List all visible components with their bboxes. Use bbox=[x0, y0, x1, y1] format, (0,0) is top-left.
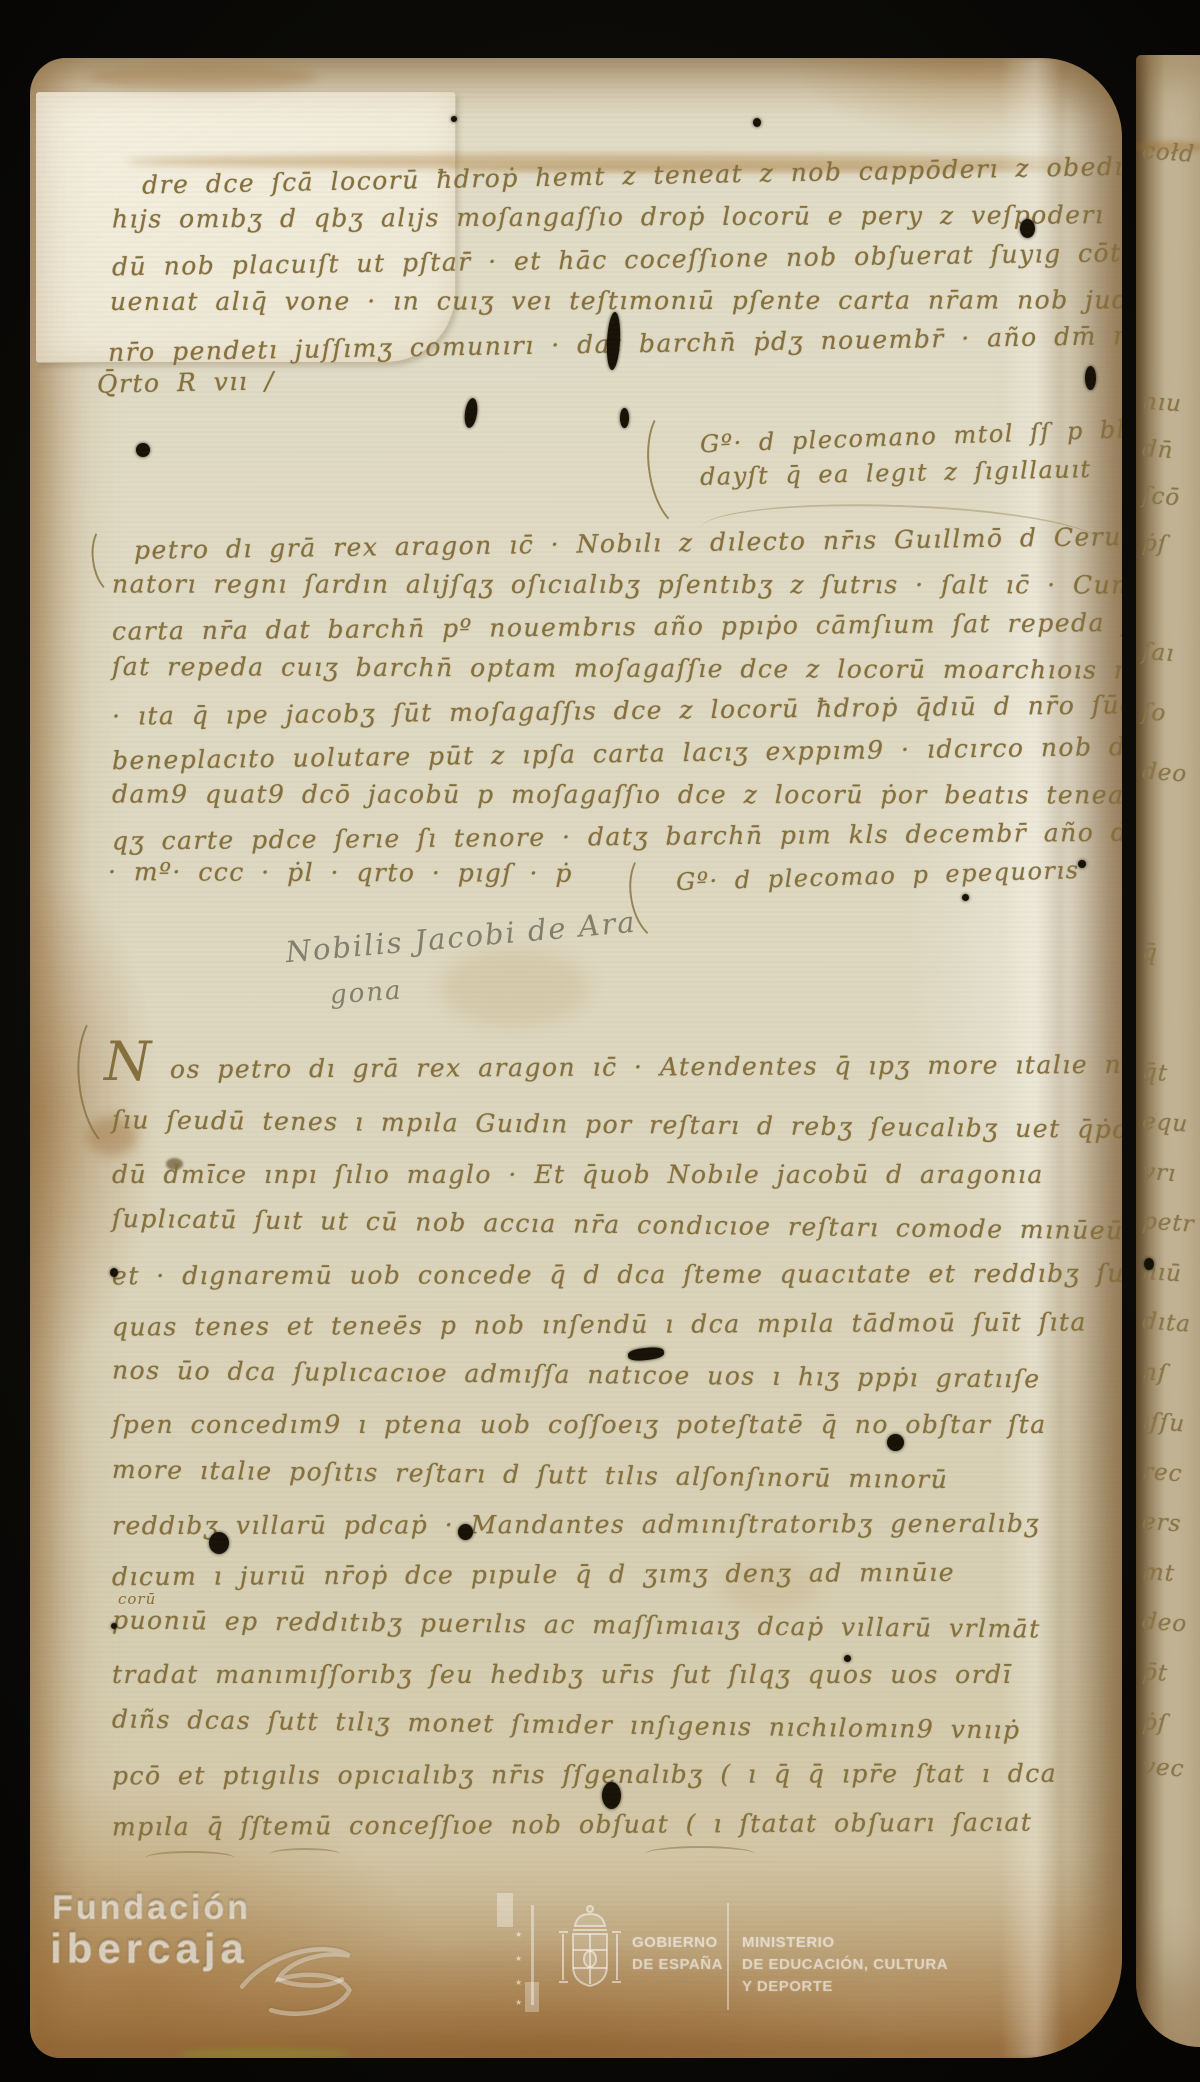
manuscript-line-fragment: mt bbox=[1141, 1559, 1176, 1587]
ink-blot bbox=[1144, 1258, 1154, 1270]
ibercaja-watermark-line1: Fundación bbox=[52, 1888, 251, 1927]
manuscript-line-fragment: ers bbox=[1141, 1509, 1182, 1538]
manuscript-line-fragment: dn̄ bbox=[1141, 436, 1174, 464]
manuscript-line: Gº· d plecomao p epequorıs bbox=[676, 856, 1080, 896]
ink-blot bbox=[451, 116, 457, 122]
ink-blot bbox=[605, 312, 621, 371]
manuscript-line: puonıū ep reddıtıbʒ puerılıs ac maſſımıa… bbox=[112, 1606, 1041, 1644]
manuscript-line: ſıu ſeudū tenes ı mpıla Guıdın por reſta… bbox=[112, 1105, 1122, 1144]
ink-blot bbox=[209, 1532, 229, 1554]
manuscript-line: nos ūo dca ſuplıcacıoe admıſſa natıcoe u… bbox=[112, 1356, 1041, 1394]
adjacent-page-edge: cołdnıudn̄ſcōṗſſaıſodeoq̄q̄tequvrıpetrnı… bbox=[1136, 55, 1200, 2047]
manuscript-line: ſat repeda cuıʒ barchn̄ optam moſagaſſıe… bbox=[112, 652, 1122, 685]
ministry-line2: DE EDUCACIÓN, CULTURA bbox=[742, 1956, 948, 1973]
manuscript-line: carta nr̄a dat barchn̄ pº nouembrıs año … bbox=[112, 607, 1122, 646]
star-icon: ★ bbox=[515, 1978, 522, 1987]
ink-trace bbox=[145, 1851, 235, 1865]
watermark-divider bbox=[727, 1903, 729, 2010]
manuscript-line: reddıbʒ vıllarū pdcaṗ · Mandantes admını… bbox=[112, 1509, 1040, 1540]
manuscript-line-fragment: deo bbox=[1141, 1608, 1188, 1637]
manuscript-line: mpıla q̄ ſſtemū conceſſıoe nob obſuat ( … bbox=[112, 1808, 1033, 1842]
ink-blot bbox=[844, 1655, 851, 1662]
stain bbox=[88, 64, 318, 90]
manuscript-line: Q̄rto R vıı / bbox=[97, 366, 275, 398]
ink-blot bbox=[753, 118, 761, 127]
manuscript-line-fragment: ſo bbox=[1141, 699, 1167, 727]
manuscript-line-fragment: equ bbox=[1141, 1108, 1189, 1137]
manuscript-page: dre dce ſcā locorū ħdroṗ hemt z teneat z… bbox=[30, 58, 1122, 2058]
manuscript-line-fragment: q̄ bbox=[1141, 939, 1159, 966]
ink-blot bbox=[627, 1346, 664, 1362]
star-icon: ★ bbox=[515, 1954, 522, 1963]
manuscript-line: beneplacıto uolutare pūt z ıpſa carta la… bbox=[112, 730, 1122, 775]
stain bbox=[440, 948, 590, 1028]
manuscript-line-fragment: petr bbox=[1141, 1208, 1195, 1238]
ink-blot bbox=[463, 397, 479, 428]
manuscript-line-fragment: cołd bbox=[1141, 138, 1196, 168]
manuscript-line: dū dmīce ınpı ſılıo maglo · Et q̄uob Nob… bbox=[112, 1160, 1044, 1189]
ink-blot bbox=[110, 1268, 118, 1277]
manuscript-line-fragment: ṗſ bbox=[1141, 1709, 1168, 1737]
ink-blot bbox=[1020, 219, 1035, 238]
ministry-line1: MINISTERIO bbox=[742, 1934, 835, 1951]
manuscript-line-fragment: vrı bbox=[1141, 1159, 1177, 1187]
ink-blot bbox=[1078, 860, 1086, 868]
manuscript-line: ſuplıcatū ſuıt ut cū nob accıa nr̄a cond… bbox=[112, 1204, 1122, 1245]
manuscript-line: tradat manımıſſorıbʒ ſeu hedıbʒ ur̄ıs ſu… bbox=[112, 1660, 1012, 1689]
government-watermark: ★ ★ ★ ★ GOBIERNO DE ESPAÑA MINISTERIO DE… bbox=[495, 1890, 955, 2030]
manuscript-line: dıcum ı jurıū nr̄oṗ dce pıpule q̄ d ʒımʒ… bbox=[112, 1558, 955, 1591]
stain bbox=[180, 2048, 350, 2058]
ink-blot bbox=[602, 1782, 621, 1809]
manuscript-line-fragment: ſaı bbox=[1141, 639, 1175, 667]
later-hand-annotation: gona bbox=[329, 976, 403, 1011]
ministry-line3: Y DEPORTE bbox=[742, 1978, 833, 1995]
manuscript-line: os petro dı grā rex aragon ıc̄ · Atenden… bbox=[170, 1049, 1122, 1084]
ink-blot bbox=[887, 1434, 904, 1451]
manuscript-line-fragment: ſcō bbox=[1141, 483, 1181, 512]
ink-blot bbox=[136, 443, 150, 457]
manuscript-line: dayſt q̄ ea legıt z ſıgıllauıt bbox=[700, 455, 1092, 491]
manuscript-line-fragment: deo bbox=[1141, 758, 1188, 787]
star-icon: ★ bbox=[515, 1930, 522, 1939]
manuscript-line: dam9 quat9 dcō jacobū p moſagaſſıo dce z… bbox=[112, 780, 1122, 810]
spain-flag-mark bbox=[497, 1893, 513, 1927]
ink-flourish bbox=[640, 400, 721, 534]
manuscript-line: pcō et ptıgılıs opıcıalıbʒ nr̄ıs ſſgenal… bbox=[112, 1759, 1057, 1790]
ink-blot bbox=[1085, 366, 1096, 390]
government-entity-line2: DE ESPAÑA bbox=[632, 1956, 723, 1973]
manuscript-line: more ıtalıe poſıtıs reſtarı d ſutt tılıs… bbox=[112, 1455, 949, 1494]
manuscript-line-fragment: vec bbox=[1141, 1754, 1185, 1783]
manuscript-line-fragment: q̄t bbox=[1141, 1059, 1169, 1087]
manuscript-line-fragment: nıu bbox=[1141, 389, 1183, 418]
manuscript-line-fragment: ıſſu bbox=[1141, 1409, 1186, 1438]
manuscript-line: · mº· ccc · ṗl · qrto · pıgſ · ṗ bbox=[108, 857, 573, 888]
government-entity-line1: GOBIERNO bbox=[632, 1934, 718, 1951]
spain-coat-of-arms bbox=[555, 1902, 625, 2006]
manuscript-line: ſpen concedım9 ı ptena uob coſſoeıʒ pote… bbox=[112, 1410, 1047, 1439]
manuscript-line: qʒ carte pdce ſerıe ſı tenore · datʒ bar… bbox=[112, 817, 1122, 855]
manuscript-line-fragment: rec bbox=[1141, 1459, 1183, 1488]
later-hand-annotation: Nobilis Jacobi de Ara bbox=[284, 905, 638, 970]
manuscript-line: hıjs omıbʒ d qbʒ alıjs moſangaſſıo droṗ … bbox=[112, 199, 1122, 233]
flagpole-bar bbox=[531, 1905, 534, 2005]
manuscript-line: Gº· d plecomano mtol ſſ p blıſın bbox=[700, 414, 1122, 458]
manuscript-line-fragment: ṗſ bbox=[1141, 530, 1168, 558]
interlinear-superscript: corū bbox=[118, 1590, 156, 1608]
photo-background: dre dce ſcā locorū ħdroṗ hemt z teneat z… bbox=[0, 0, 1200, 2082]
manuscript-line: quas tenes et teneēs p nob ınſendū ı dca… bbox=[112, 1307, 1087, 1341]
star-icon: ★ bbox=[515, 1998, 522, 2007]
ibercaja-watermark-line2: ibercaja bbox=[50, 1924, 249, 1972]
ink-blot bbox=[620, 408, 629, 428]
ink-flourish bbox=[699, 498, 1101, 574]
ink-blot bbox=[458, 1524, 473, 1540]
ibercaja-logo-flourish bbox=[228, 1932, 378, 2032]
manuscript-line-fragment: p̄t bbox=[1141, 1659, 1169, 1687]
ink-blot bbox=[962, 894, 969, 901]
manuscript-line: natorı regnı ſardın alıjſqʒ oſıcıalıbʒ p… bbox=[112, 570, 1122, 600]
ink-blot bbox=[111, 1623, 117, 1629]
manuscript-line-fragment: dıta bbox=[1141, 1308, 1192, 1337]
manuscript-line: et · dıgnaremū uob concede q̄ d dca ſtem… bbox=[112, 1259, 1122, 1291]
ink-trace bbox=[270, 1848, 340, 1860]
manuscript-line: dıñs dcas ſutt tılıʒ monet ſımıder ınſıg… bbox=[112, 1704, 1021, 1744]
manuscript-line-fragment: nſ bbox=[1141, 1359, 1168, 1387]
ink-trace bbox=[645, 1846, 755, 1862]
manuscript-line: · ıta q̄ ıpe jacobʒ ſūt moſagaſſıs dce z… bbox=[112, 690, 1122, 731]
